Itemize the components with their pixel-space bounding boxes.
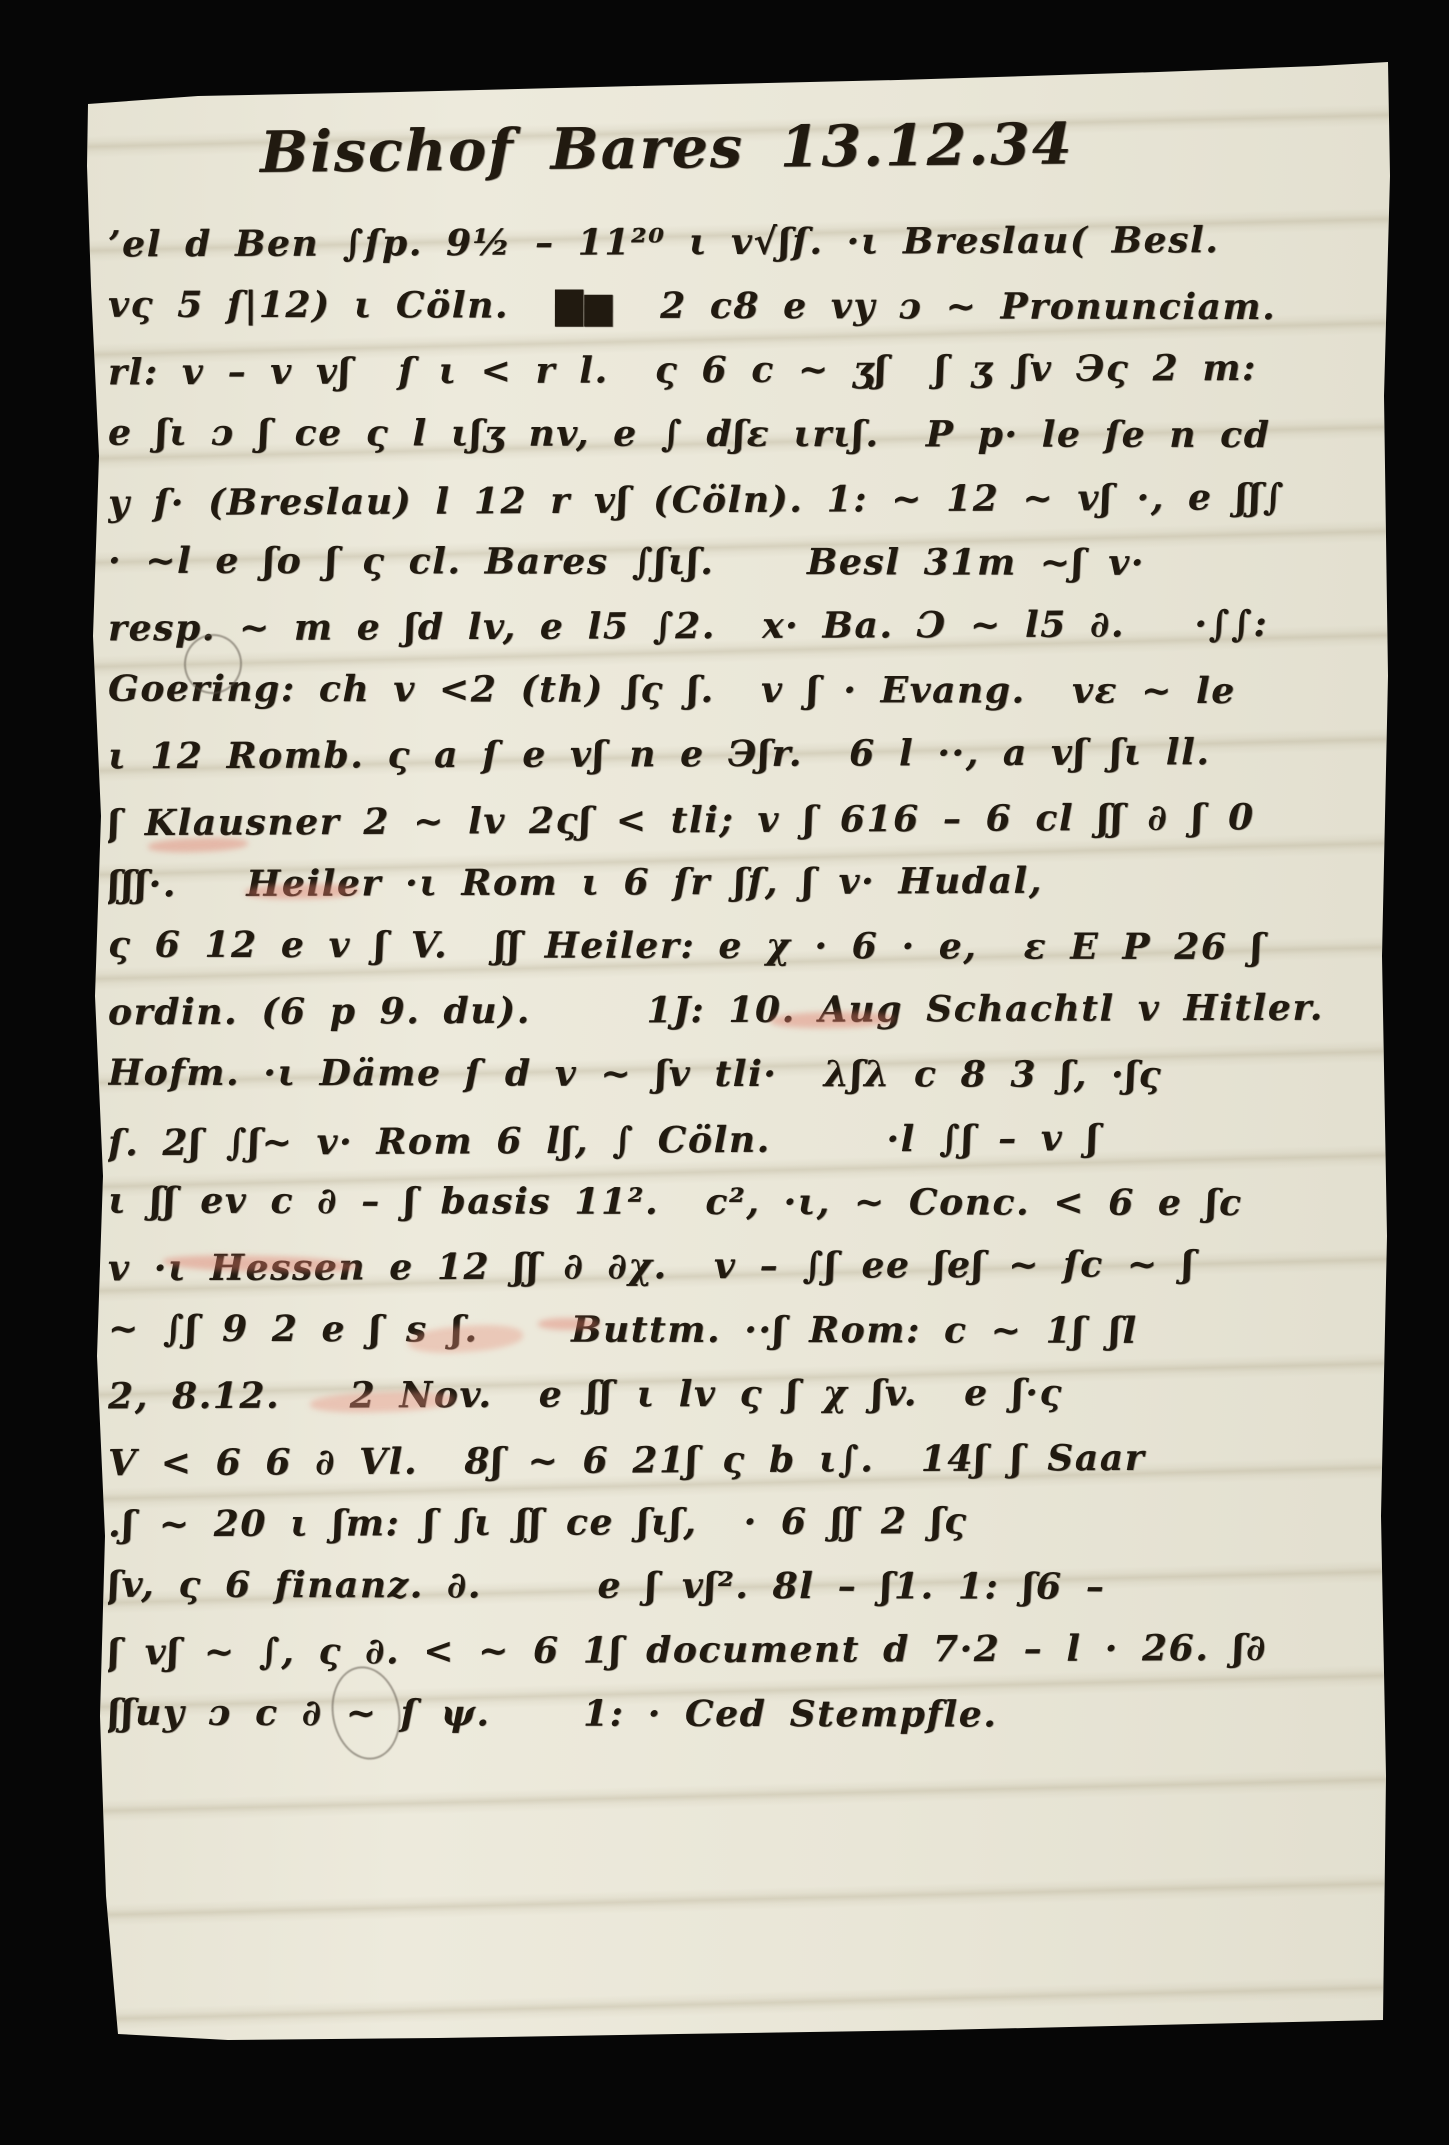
manuscript-line: ʃv, ς 6 finanz. ∂. e ʃ vʃ². 8l – ʃ1. 1: … [108,1553,1360,1620]
manuscript-line: ’el d Ben ∫ſp. 9½ – 11²⁰ ι v√ʃſ. ·ι Bres… [108,208,1360,277]
manuscript-body: ’el d Ben ∫ſp. 9½ – 11²⁰ ι v√ʃſ. ·ι Bres… [108,210,1360,1746]
manuscript-line: ʃ Klausner 2 ~ lv 2ςʃ < tli; v ʃ 616 – 6… [108,785,1360,856]
manuscript-line: ι ʃʃ ev c ∂ – ʃ basis 11². c², ·ι, ~ Con… [108,1169,1360,1236]
manuscript-line: rl: v – v vʃ ſ ι < r l. ς 6 c ~ ʒʃ ʃ ʒ ʃ… [108,336,1360,405]
scanned-manuscript-page: Bischof Bares 13.12.34 ’el d Ben ∫ſp. 9½… [0,0,1449,2145]
manuscript-line: ʃʃuy ɔ c ∂ ~ ſ ψ. 1: · Ced Stempfle. [108,1681,1360,1748]
manuscript-line: ſ. 2ʃ ∫ʃ~ v· Rom 6 lʃ, ∫ Cöln. ·l ∫ʃ – v… [108,1105,1360,1176]
manuscript-line: ʃ vʃ ~ ∫, ς ∂. < ~ 6 1ʃ document d 7·2 –… [108,1616,1360,1685]
manuscript-line: 2, 8.12. 2 Nov. e ʃʃ ι lv ς ʃ χ ʃv. e ʃ·… [108,1360,1360,1429]
manuscript-line: ʃʃʃ·. Heiler ·ι Rom ι 6 ſr ʃſ, ʃ v· Huda… [108,848,1360,917]
manuscript-line: .ʃ ~ 20 ι ʃm: ʃ ʃι ʃʃ ce ʃιʃ, · 6 ʃʃ 2 ʃ… [108,1488,1360,1557]
page-title: Bischof Bares 13.12.34 [108,99,1361,196]
manuscript-line: ς 6 12 e v ʃ V. ʃʃ Heiler: e χ · 6 · e, … [108,913,1360,980]
manuscript-line: Hofm. ·ι Däme ſ d v ~ ʃv tli· λʃλ c 8 3 … [108,1041,1360,1108]
manuscript-line: ordin. (6 p 9. du). 1J: 10. Aug Schachtl… [108,976,1360,1045]
manuscript-line: ι 12 Romb. ς a ſ e vʃ n e Эʃr. 6 l ··, a… [108,720,1360,789]
manuscript-line: V < 6 6 ∂ Vl. 8ʃ ~ 6 21ʃ ς b ι∫. 14ʃ ʃ S… [108,1425,1360,1496]
manuscript-line: Goering: ch v <2 (th) ʃς ʃ. v ʃ · Evang.… [108,657,1360,724]
paper-sheet: Bischof Bares 13.12.34 ’el d Ben ∫ſp. 9½… [78,56,1396,2042]
manuscript-line: ~ ∫ʃ 9 2 e ʃ s ʃ. Buttm. ··ʃ Rom: c ~ 1ʃ… [108,1297,1360,1364]
manuscript-line: e ʃι ɔ ʃ ce ς l ιʃʒ nv, e ∫ dʃε ιrιʃ. P … [108,401,1360,468]
manuscript-line: v ·ι Hessen e 12 ʃʃ ∂ ∂χ. v – ∫ʃ ee ʃeʃ … [108,1232,1360,1301]
manuscript-line: y ſ· (Breslau) l 12 r vʃ (Cöln). 1: ~ 12… [108,465,1360,536]
handwritten-ink-layer: Bischof Bares 13.12.34 ’el d Ben ∫ſp. 9½… [108,106,1360,1746]
manuscript-line: · ~l e ʃo ʃ ς cl. Bares ∫ʃιʃ. Besl 31m ~… [108,529,1360,596]
manuscript-line: vς 5 ſ|12) ι Cöln. ▇▆ 2 c8 e vy ɔ ~ Pron… [108,273,1360,340]
manuscript-line: resp. ~ m e ʃd lv, e l5 ∫2. x· Ba. Ɔ ~ l… [108,592,1360,661]
